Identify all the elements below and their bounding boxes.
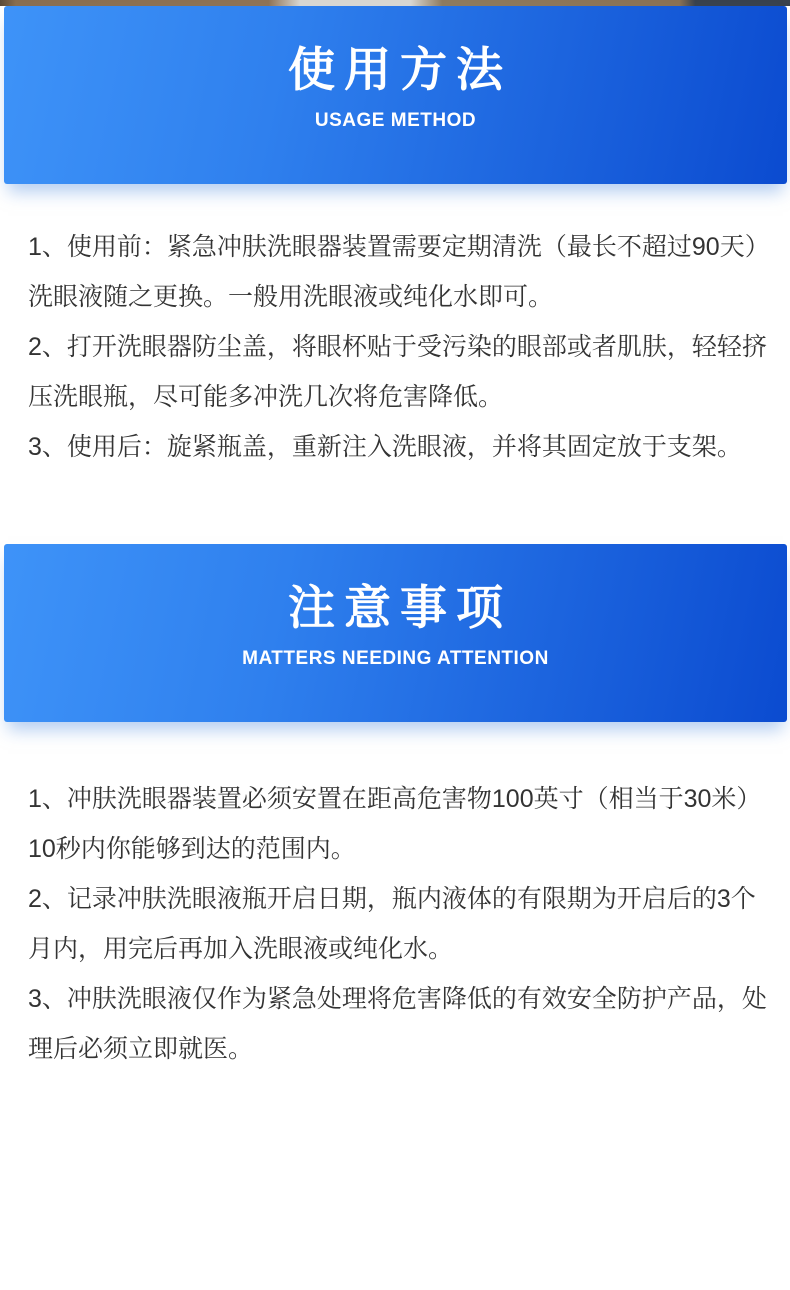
attention-section: 注意事项 MATTERS NEEDING ATTENTION 1、冲肤洗眼器装置… <box>0 544 790 1074</box>
product-detail-page: 使用方法 USAGE METHOD 1、使用前：紧急冲肤洗眼器装置需要定期清洗（… <box>0 0 790 1290</box>
attention-item-2: 2、记录冲肤洗眼液瓶开启日期，瓶内液体的有限期为开启后的3个月内，用完后再加入洗… <box>28 874 778 974</box>
attention-body: 1、冲肤洗眼器装置必须安置在距高危害物100英寸（相当于30米）10秒内你能够到… <box>28 774 778 1074</box>
attention-subtitle: MATTERS NEEDING ATTENTION <box>242 648 549 670</box>
attention-item-1: 1、冲肤洗眼器装置必须安置在距高危害物100英寸（相当于30米）10秒内你能够到… <box>28 774 778 874</box>
attention-item-3: 3、冲肤洗眼液仅作为紧急处理将危害降低的有效安全防护产品，处理后必须立即就医。 <box>28 974 778 1074</box>
attention-banner: 注意事项 MATTERS NEEDING ATTENTION <box>4 544 787 722</box>
usage-step-3: 3、使用后：旋紧瓶盖，重新注入洗眼液，并将其固定放于支架。 <box>28 422 778 472</box>
usage-step-1: 1、使用前：紧急冲肤洗眼器装置需要定期清洗（最长不超过90天）洗眼液随之更换。一… <box>28 222 778 322</box>
usage-method-banner: 使用方法 USAGE METHOD <box>4 6 787 184</box>
usage-method-body: 1、使用前：紧急冲肤洗眼器装置需要定期清洗（最长不超过90天）洗眼液随之更换。一… <box>28 222 778 472</box>
usage-method-subtitle: USAGE METHOD <box>315 110 476 132</box>
usage-method-title: 使用方法 <box>279 42 512 98</box>
usage-step-2: 2、打开洗眼器防尘盖，将眼杯贴于受污染的眼部或者肌肤，轻轻挤压洗眼瓶，尽可能多冲… <box>28 322 778 422</box>
attention-title: 注意事项 <box>279 580 512 636</box>
usage-method-section: 使用方法 USAGE METHOD 1、使用前：紧急冲肤洗眼器装置需要定期清洗（… <box>0 6 790 472</box>
